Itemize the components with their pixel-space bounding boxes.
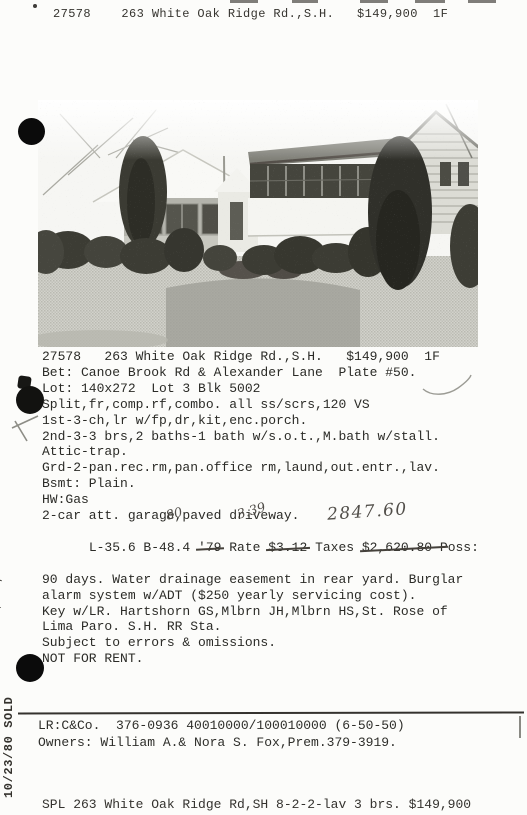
listing-line: alarm system w/ADT ($250 yearly servicin… (42, 588, 479, 604)
listing-line: Attic-trap. (42, 444, 479, 460)
listing-line: Split,fr,comp.rf,combo. all ss/scrs,120 … (42, 397, 479, 413)
summary-line: SPL 263 White Oak Ridge Rd,SH 8-2-2-lav … (42, 797, 471, 812)
tax-line: L-35.6 B-48.4 '79 Rate $3.12 Taxes $2,62… (42, 524, 479, 572)
divider-line (18, 711, 524, 714)
listing-line: Key w/LR. Hartshorn GS,Mlbrn JH,Mlbrn HS… (42, 604, 479, 620)
scan-artifact-dash (468, 0, 496, 3)
tax-line-prefix: L-35.6 B-48.4 (89, 540, 198, 555)
punch-hole (18, 118, 45, 145)
listing-line: Subject to errors & omissions. (42, 635, 479, 651)
listing-line: NOT FOR RENT. (42, 651, 479, 667)
scan-artifact-dash (292, 0, 318, 3)
mls-listing-card: 27578 263 White Oak Ridge Rd.,S.H. $149,… (0, 0, 527, 815)
scan-artifact-tick (519, 716, 521, 738)
pencil-checkmark (1, 413, 41, 443)
listing-line: 2nd-3-3 brs,2 baths-1 bath w/s.o.t.,M.ba… (42, 429, 479, 445)
scan-artifact-dash (230, 0, 258, 3)
listing-line: Bet: Canoe Brook Rd & Alexander Lane Pla… (42, 365, 479, 381)
struck-rate: $3.12 (268, 540, 307, 555)
struck-taxes: $2,620.80 (362, 540, 432, 555)
listing-line: 90 days. Water drainage easement in rear… (42, 572, 479, 588)
listing-line: Lot: 140x272 Lot 3 Blk 5002 (42, 381, 479, 397)
listing-line: 1st-3-ch,lr w/fp,dr,kit,enc.porch. (42, 413, 479, 429)
listing-line: 27578 263 White Oak Ridge Rd.,S.H. $149,… (42, 349, 479, 365)
halftone-grain (38, 100, 478, 347)
ink-speck (33, 4, 37, 8)
listing-line: Grd-2-pan.rec.rm,pan.office rm,laund,out… (42, 460, 479, 476)
scan-artifact-dash (360, 0, 388, 3)
owners-line: Owners: William A.& Nora S. Fox,Prem.379… (38, 735, 397, 750)
house-photo (38, 100, 478, 347)
listing-line: Bsmt: Plain. (42, 476, 479, 492)
margin-note-sold: 10/23/80 SOLD (2, 697, 16, 798)
struck-year: '79 (198, 540, 221, 555)
punch-hole (16, 654, 44, 682)
margin-note-mortgage: $135, 7/80 CONV.MTG. (0, 469, 5, 611)
header-listing-line: 27578 263 White Oak Ridge Rd.,S.H. $149,… (53, 7, 448, 21)
scan-artifact-dash (415, 0, 445, 3)
listing-line: Lima Paro. S.H. RR Sta. (42, 619, 479, 635)
broker-line: LR:C&Co. 376-0936 40010000/100010000 (6-… (38, 718, 405, 733)
